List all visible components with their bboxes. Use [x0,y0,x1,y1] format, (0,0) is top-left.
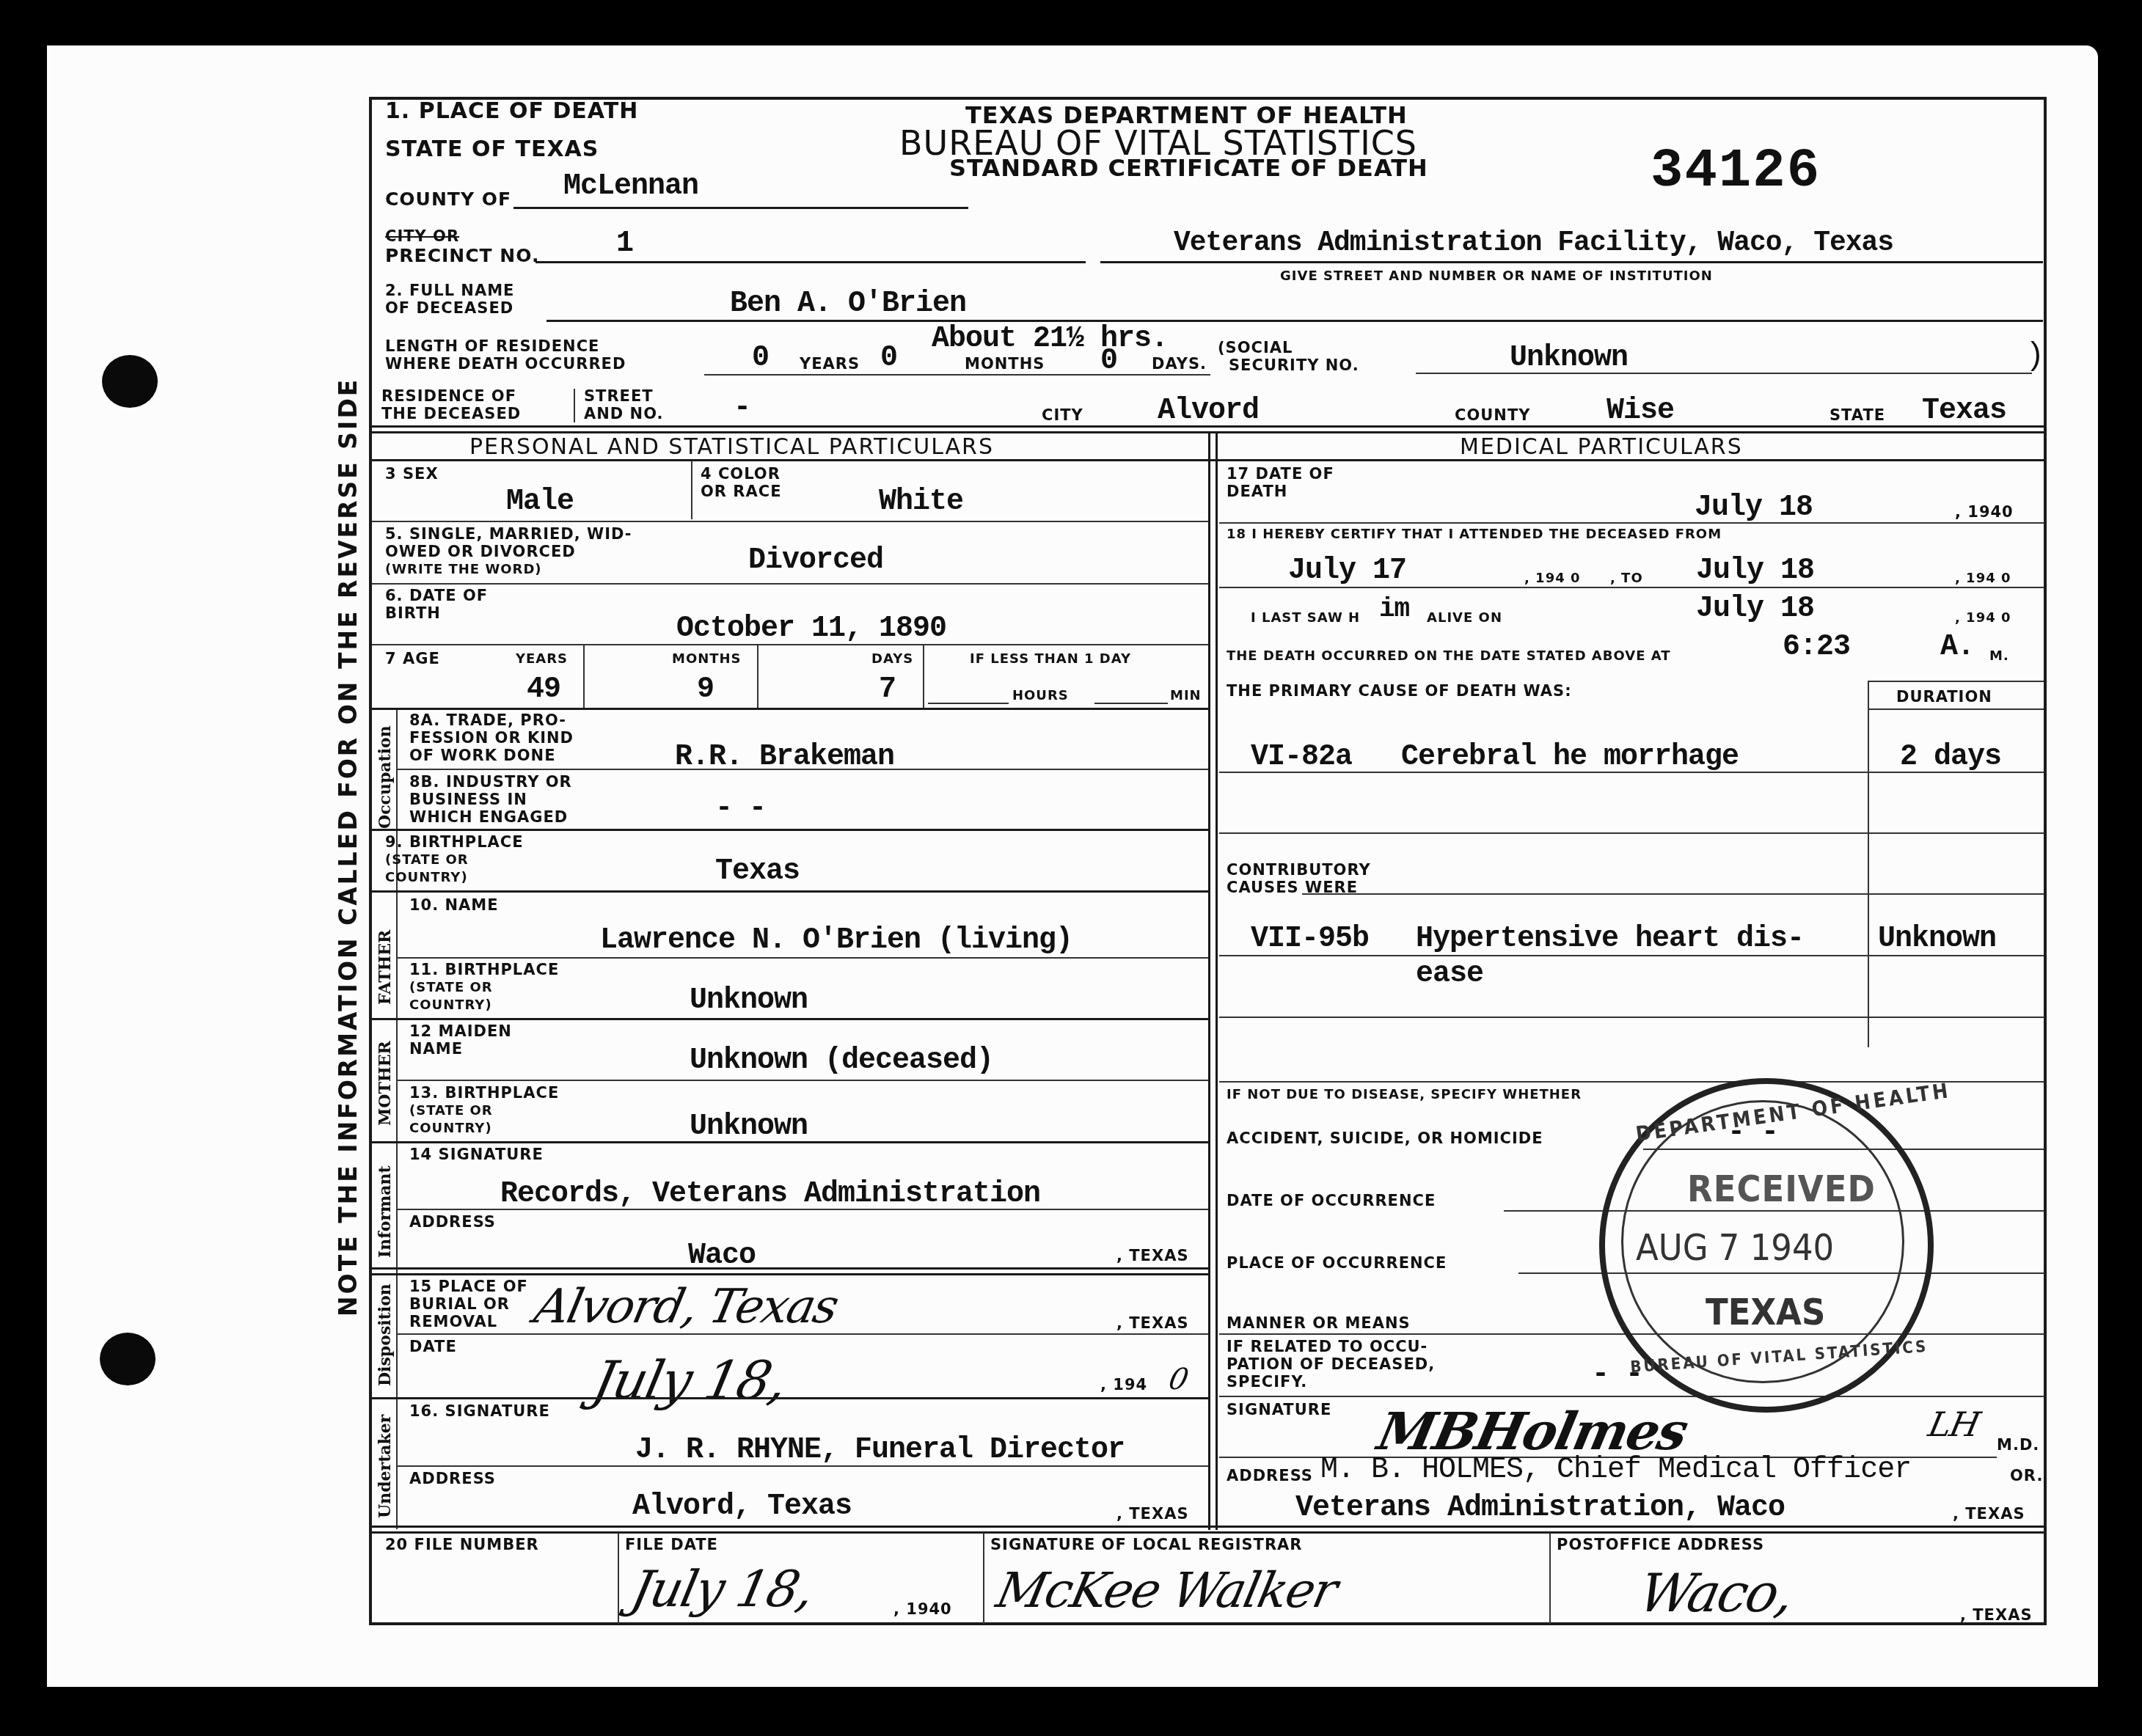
row-line-mother-birthplace [372,1141,1208,1143]
res-state-value: Texas [1922,395,2006,428]
ssn-label-1: (SOCIAL [1218,339,1293,356]
occurrence-date-label: DATE OF OCCURRENCE [1227,1192,1436,1209]
marital-label-2: OWED OR DIVORCED [385,543,576,560]
residence-months: 0 [880,342,897,375]
postoffice-label: POSTOFFICE ADDRESS [1557,1536,1764,1553]
years-label: YEARS [800,355,860,373]
signature-initials: LH [1925,1404,1982,1444]
city-label: CITY [1042,406,1083,424]
occupation-related-label-2: PATION OF DECEASED, [1227,1355,1435,1373]
time-value: 6:23 [1783,631,1850,664]
row-line-contributory [1219,955,2044,956]
res-county-value: Wise [1606,395,1674,428]
ssn-underline [1416,373,2032,374]
burial-date-handwritten: July 18, [588,1349,792,1411]
registrar-label: SIGNATURE OF LOCAL REGISTRAR [990,1536,1303,1553]
residence-double-line-1 [372,425,2044,428]
institution-value: Veterans Administration Facility, Waco, … [1174,227,1893,259]
contributory-duration-value: Unknown [1878,923,1996,956]
stamp-state: TEXAS [1706,1291,1825,1333]
punch-hole-top [102,355,158,408]
institution-caption: GIVE STREET AND NUMBER OR NAME OF INSTIT… [1280,268,1713,284]
filing-divider-1 [618,1533,619,1624]
side-label-occupation: Occupation [376,725,395,829]
left-section-column-line [396,708,398,1529]
row-line-industry [372,829,1208,831]
column-divider-b [1216,431,1218,1530]
mother-birthplace-label-2: (STATE OR [409,1103,493,1118]
trade-label-3: OF WORK DONE [409,747,555,764]
age-days-label: DAYS [871,651,913,667]
undertaker-value: J. R. RHYNE, Funeral Director [635,1434,1125,1467]
place-of-death-label: 1. PLACE OF DEATH [385,101,638,121]
residence-note: About 21½ hrs. [932,323,1168,356]
attended-from-year: , 194 0 [1524,571,1580,586]
res-state-label: STATE [1830,406,1885,424]
ssn-value: Unknown [1510,342,1628,375]
county-underline [513,207,968,209]
row-line-primary-cause [1219,772,2044,773]
race-label-2: OR RACE [701,483,782,500]
attended-from-value: July 17 [1288,554,1406,587]
row-line-primary-blank [1219,832,2044,834]
less-than-day-label: IF LESS THAN 1 DAY [970,651,1131,667]
industry-label-2: BUSINESS IN [409,791,527,808]
primary-duration-value: 2 days [1900,741,2001,774]
age-days-value: 7 [879,673,896,706]
md-label: M.D. [1997,1436,2039,1454]
informant-address-label: ADDRESS [409,1213,496,1231]
not-disease-label: IF NOT DUE TO DISEASE, SPECIFY WHETHER [1227,1087,1582,1102]
punch-hole-bottom [100,1333,156,1385]
certify-label: 18 I HEREBY CERTIFY THAT I ATTENDED THE … [1227,527,1722,542]
dob-label-1: 6. DATE OF [385,587,488,604]
row-line-contributory-label [1302,893,2044,895]
contributory-cause-1: Hypertensive heart dis- [1416,923,1804,956]
father-name-value: Lawrence N. O'Brien (living) [600,924,1072,957]
undertaker-address-label: ADDRESS [409,1470,496,1487]
dob-value: October 11, 1890 [676,612,946,645]
duration-label: DURATION [1896,688,1992,706]
burial-label-3: REMOVAL [409,1313,497,1330]
row-line-marital [372,583,1208,585]
postoffice-handwritten: Waco, [1634,1562,1799,1624]
filing-divider-3 [1549,1533,1551,1624]
age-years-label: YEARS [516,651,568,667]
residence-length-label-2: WHERE DEATH OCCURRED [385,355,626,373]
father-birthplace-label-1: 11. BIRTHPLACE [409,961,559,978]
residence-years: 0 [752,342,769,375]
header-certificate: STANDARD CERTIFICATE OF DEATH [949,154,1428,182]
informant-texas-suffix: , TEXAS [1116,1247,1189,1264]
occurrence-place-label: PLACE OF OCCURRENCE [1227,1254,1447,1272]
last-saw-pronoun: im [1379,594,1409,624]
death-year: , 1940 [1955,503,2014,521]
column-divider-a [1208,431,1210,1530]
row-line-attended [1219,587,2044,588]
physician-name: M. B. HOLMES, Chief Medical Officer [1320,1454,1911,1487]
attended-to-year: , 194 0 [1955,571,2011,586]
registrar-signature: McKee Walker [992,1562,1342,1619]
undertaker-address-value: Alvord, Texas [632,1490,852,1523]
full-name-label-1: 2. FULL NAME [385,282,514,299]
attended-to-value: July 18 [1696,554,1814,587]
precinct-label: PRECINCT NO. [385,246,539,265]
side-label-undertaker: Undertaker [376,1415,395,1518]
row-line-contributory-2 [1219,1017,2044,1018]
filing-divider-2 [983,1533,984,1624]
mother-birthplace-value: Unknown [690,1110,808,1143]
state-of-texas-label: STATE OF TEXAS [385,139,599,159]
informant-value: Records, Veterans Administration [500,1178,1040,1211]
row-line-father-birthplace [372,1018,1208,1020]
age-label: 7 AGE [385,650,440,667]
sex-label: 3 SEX [385,465,439,483]
personal-section-title: PERSONAL AND STATISTICAL PARTICULARS [469,434,994,460]
ssn-close-paren: ) [2030,336,2042,373]
duration-divider [1868,681,1869,1047]
mother-name-value: Unknown (deceased) [690,1044,993,1077]
father-birthplace-label-3: COUNTRY) [409,997,492,1013]
address-label: ADDRESS [1227,1467,1313,1484]
burial-label-2: BURIAL OR [409,1295,510,1313]
row-line-burial [398,1333,1208,1335]
undertaker-label: 16. SIGNATURE [409,1402,550,1420]
physician-signature: MBHolmes [1372,1401,1692,1462]
residence-length-label-1: LENGTH OF RESIDENCE [385,337,599,355]
marital-value: Divorced [748,544,883,577]
months-label: MONTHS [965,355,1045,373]
burial-place-handwritten: Alvord, Texas [530,1280,842,1334]
precinct-underline [535,261,1086,263]
side-label-mother: MOTHER [376,1041,395,1126]
father-birthplace-value: Unknown [690,984,808,1017]
to-label: , TO [1610,571,1643,586]
physician-texas-suffix: , TEXAS [1953,1505,2025,1523]
precinct-value: 1 [616,227,633,260]
signature-label: SIGNATURE [1227,1401,1331,1418]
medical-section-title: MEDICAL PARTICULARS [1460,434,1743,460]
residence-brace [574,389,575,422]
death-date-value: July 18 [1695,491,1813,524]
contributory-cause-2: ease [1416,958,1483,991]
stamp-status: RECEIVED [1687,1168,1876,1210]
city-or-struck-label: CITY OR [385,227,459,245]
side-note: NOTE THE INFORMATION CALLED FOR ON THE R… [334,378,362,1316]
accident-label: ACCIDENT, SUICIDE, OR HOMICIDE [1227,1129,1543,1147]
primary-cause-label: THE PRIMARY CAUSE OF DEATH WAS: [1227,682,1572,700]
street-value: - [734,392,750,425]
postoffice-texas-suffix: , TEXAS [1960,1606,2033,1624]
trade-label-2: FESSION OR KIND [409,729,574,747]
undertaker-texas-suffix: , TEXAS [1116,1505,1189,1523]
certificate-number: 34126 [1651,141,1821,202]
side-label-disposition: Disposition [376,1283,395,1386]
institution-underline [1100,261,2043,263]
row-line-dob [372,644,1208,645]
file-date-handwritten: July 18, [626,1561,819,1619]
row-line-death-date [1219,522,2044,524]
row-line-father-name [398,957,1208,959]
hours-label: HOURS [1012,688,1069,703]
duration-header-line [1868,708,2044,710]
file-date-label: FILE DATE [625,1536,718,1553]
stamp-date: AUG 7 1940 [1636,1226,1834,1269]
time-label: THE DEATH OCCURRED ON THE DATE STATED AB… [1227,648,1671,664]
row-line-occupation-related [1219,1396,2044,1397]
marital-label-1: 5. SINGLE, MARRIED, WID- [385,525,632,543]
min-label: MIN [1170,688,1202,703]
industry-value: - - [715,792,766,825]
dob-label-2: BIRTH [385,604,441,622]
burial-texas-suffix: , TEXAS [1116,1314,1189,1332]
meridiem-value: A. [1940,631,1974,664]
duration-top-line [1868,681,2044,682]
occupation-related-label-3: SPECIFY. [1227,1373,1307,1391]
industry-label-3: WHICH ENGAGED [409,808,568,826]
mother-name-label-1: 12 MAIDEN [409,1022,512,1040]
age-divider-2 [757,645,759,708]
side-label-father: FATHER [376,930,395,1005]
last-saw-year: , 194 0 [1955,610,2011,626]
race-label-1: 4 COLOR [701,465,781,483]
row-line-mother-name [398,1080,1208,1081]
last-saw-label-2: ALIVE ON [1427,610,1502,626]
trade-label-1: 8A. TRADE, PRO- [409,711,566,729]
age-divider-1 [583,645,585,708]
meridiem-suffix: M. [1989,648,2009,664]
age-months-value: 9 [697,673,714,706]
row-line-age [372,708,1208,710]
birthplace-value: Texas [715,855,800,888]
last-saw-label-1: I LAST SAW H [1251,610,1360,626]
father-birthplace-label-2: (STATE OR [409,980,493,995]
full-name-underline [547,320,2043,322]
age-months-label: MONTHS [672,651,742,667]
row-line-informant-address-1 [372,1267,1208,1270]
county-of-label: COUNTY OF [385,189,511,209]
informant-label: 14 SIGNATURE [409,1146,544,1163]
birthplace-label-1: 9. BIRTHPLACE [385,833,524,851]
birthplace-label-3: COUNTRY) [385,870,468,885]
residence-label-1: RESIDENCE OF [381,387,516,405]
row-line-birthplace [372,890,1208,893]
physician-address: Veterans Administration, Waco [1295,1492,1785,1525]
race-value: White [879,486,963,519]
street-label-2: AND NO. [584,405,664,422]
mother-birthplace-label-3: COUNTRY) [409,1121,492,1136]
filing-top-line-2 [372,1531,2044,1534]
occupation-related-label-1: IF RELATED TO OCCU- [1227,1338,1428,1355]
sex-race-divider [691,461,692,519]
or-label: OR. [2010,1467,2043,1484]
street-label-1: STREET [584,387,654,405]
row-line-informant [398,1209,1208,1210]
burial-label-1: 15 PLACE OF [409,1278,528,1295]
file-number-label: 20 FILE NUMBER [385,1536,539,1553]
manner-label: MANNER OR MEANS [1227,1314,1411,1332]
age-years-value: 49 [527,673,560,706]
burial-year-prefix: , 194 [1100,1376,1147,1393]
county-value: McLennan [563,170,698,203]
mother-birthplace-label-1: 13. BIRTHPLACE [409,1084,559,1102]
father-name-label: 10. NAME [409,896,499,914]
ssn-label-2: SECURITY NO. [1229,356,1359,374]
file-year: , 1940 [893,1600,952,1618]
primary-code: VI-82a [1251,741,1352,774]
res-county-label: COUNTY [1455,406,1530,424]
row-line-trade [398,769,1208,770]
death-date-label-2: DEATH [1227,483,1287,500]
filing-top-line-1 [372,1526,2044,1528]
full-name-value: Ben A. O'Brien [730,287,966,321]
days-label: DAYS. [1152,355,1207,373]
row-line-sex [372,521,1208,522]
min-blank [1094,703,1168,704]
birthplace-label-2: (STATE OR [385,852,469,868]
age-divider-3 [923,645,924,708]
death-date-label-1: 17 DATE OF [1227,465,1334,483]
row-line-burial-date [372,1397,1208,1399]
residence-length-underline [704,374,1210,376]
side-label-informant: Informant [376,1165,395,1258]
sex-value: Male [506,486,574,519]
hours-blank [928,703,1009,704]
last-saw-date: July 18 [1696,593,1814,626]
contributory-label-1: CONTRIBUTORY [1227,861,1371,879]
city-value: Alvord [1158,395,1259,428]
primary-cause-value: Cerebral he morrhage [1401,741,1739,774]
residence-label-2: THE DECEASED [381,405,521,422]
contributory-code: VII-95b [1251,923,1369,956]
row-line-undertaker [398,1465,1208,1467]
row-line-informant-address-2 [372,1273,1208,1275]
full-name-label-2: OF DECEASED [385,299,513,317]
marital-label-3: (WRITE THE WORD) [385,562,542,577]
industry-label-1: 8B. INDUSTRY OR [409,773,572,791]
mother-name-label-2: NAME [409,1040,463,1058]
burial-date-label: DATE [409,1338,457,1355]
